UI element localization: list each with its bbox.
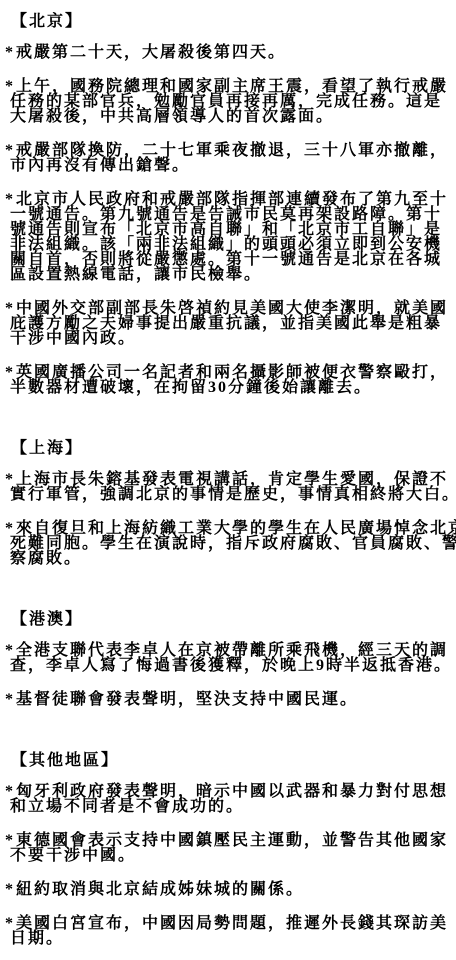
item-line: 干涉中國內政。 bbox=[0, 331, 456, 346]
item-line: 非法組織。該「兩非法組織」的頭頭必須立即到公安機 bbox=[0, 237, 456, 252]
item-first-line: *上午，國務院總理和國家副主席王震，看望了執行戒嚴 bbox=[0, 79, 456, 94]
item-line: 市內再沒有傳出鎗聲。 bbox=[0, 158, 456, 173]
bullet-marker: * bbox=[5, 784, 16, 799]
item-line: 查，李卓人寫了悔過書後獲釋，於晚上9時半返抵香港。 bbox=[0, 658, 456, 673]
section-header: 【港澳】 bbox=[11, 612, 456, 627]
news-item: *戒嚴部隊換防，二十七軍乘夜撤退，三十八軍亦撤離，市內再沒有傳出鎗聲。 bbox=[0, 143, 456, 173]
item-first-line: *北京市人民政府和戒嚴部隊指揮部連續發布了第九至十 bbox=[0, 192, 456, 207]
bullet-marker: * bbox=[5, 143, 16, 158]
bullet-marker: * bbox=[5, 882, 16, 897]
bullet-marker: * bbox=[5, 301, 16, 316]
bullet-marker: * bbox=[5, 365, 16, 380]
item-first-line: *東德國會表示支持中國鎮壓民主運動，並警告其他國家 bbox=[0, 833, 456, 848]
item-first-line: *英國廣播公司一名記者和兩名攝影師被便衣警察毆打， bbox=[0, 365, 456, 380]
item-text: 基督徒聯會發表聲明，堅決支持中國民運。 bbox=[16, 691, 358, 708]
item-line: 半數器材遭破壞，在拘留30分鐘後始讓離去。 bbox=[0, 380, 456, 395]
item-first-line: *基督徒聯會發表聲明，堅決支持中國民運。 bbox=[0, 692, 456, 707]
bullet-marker: * bbox=[5, 833, 16, 848]
section-header: 【其他地區】 bbox=[11, 753, 456, 768]
item-first-line: *戒嚴第二十天，大屠殺後第四天。 bbox=[0, 45, 456, 60]
news-item: *基督徒聯會發表聲明，堅決支持中國民運。 bbox=[0, 692, 456, 707]
news-item: *美國白宮宣布，中國因局勢問題，推遲外長錢其琛訪美日期。 bbox=[0, 916, 456, 946]
news-section: 【上海】*上海市長朱鎔基發表電視講話，肯定學生愛國，保證不實行軍管，強調北京的事… bbox=[0, 441, 456, 566]
item-first-line: *美國白宮宣布，中國因局勢問題，推遲外長錢其琛訪美 bbox=[0, 916, 456, 931]
item-line: 區設置熱線電話，讓市民檢舉。 bbox=[0, 267, 456, 282]
bullet-marker: * bbox=[5, 521, 16, 536]
item-first-line: *上海市長朱鎔基發表電視講話，肯定學生愛國，保證不 bbox=[0, 472, 456, 487]
news-item: *來自復旦和上海紡織工業大學的學生在人民廣場悼念北京死難同胞。學生在演說時，指斥… bbox=[0, 521, 456, 566]
bullet-marker: * bbox=[5, 692, 16, 707]
news-item: *中國外交部副部長朱啓禎約見美國大使李潔明，就美國庇護方勵之夫婦事提出嚴重抗議，… bbox=[0, 301, 456, 346]
item-line: 實行軍管，強調北京的事情是歷史，事情真相終將大白。 bbox=[0, 487, 456, 502]
item-line: 死難同胞。學生在演說時，指斥政府腐敗、官員腐敗、警 bbox=[0, 536, 456, 551]
item-text: 紐約取消與北京結成姊妹城的關係。 bbox=[16, 881, 304, 898]
item-first-line: *戒嚴部隊換防，二十七軍乘夜撤退，三十八軍亦撤離， bbox=[0, 143, 456, 158]
bullet-marker: * bbox=[5, 79, 16, 94]
item-line: 庇護方勵之夫婦事提出嚴重抗議，並指美國此舉是粗暴 bbox=[0, 316, 456, 331]
item-line: 號通告則宣布「北京市高自聯」和「北京市工自聯」是 bbox=[0, 222, 456, 237]
bullet-marker: * bbox=[5, 916, 16, 931]
item-first-line: *匈牙利政府發表聲明，暗示中國以武器和暴力對付思想 bbox=[0, 784, 456, 799]
news-section: 【北京】*戒嚴第二十天，大屠殺後第四天。*上午，國務院總理和國家副主席王震，看望… bbox=[0, 14, 456, 395]
item-line: 和立場不同者是不會成功的。 bbox=[0, 799, 456, 814]
item-line: 一號通告。第九號通告是告誡市民莫再架設路障。第十 bbox=[0, 207, 456, 222]
item-line: 不要干涉中國。 bbox=[0, 848, 456, 863]
item-line: 任務的某部官兵，勉勵官員再接再厲，完成任務。這是 bbox=[0, 94, 456, 109]
section-header: 【上海】 bbox=[11, 441, 456, 456]
bullet-marker: * bbox=[5, 643, 16, 658]
news-item: *英國廣播公司一名記者和兩名攝影師被便衣警察毆打，半數器材遭破壞，在拘留30分鐘… bbox=[0, 365, 456, 395]
news-item: *戒嚴第二十天，大屠殺後第四天。 bbox=[0, 45, 456, 60]
item-line: 察腐敗。 bbox=[0, 551, 456, 566]
news-section: 【其他地區】*匈牙利政府發表聲明，暗示中國以武器和暴力對付思想和立場不同者是不會… bbox=[0, 753, 456, 946]
bullet-marker: * bbox=[5, 45, 16, 60]
newsletter-page: 【北京】*戒嚴第二十天，大屠殺後第四天。*上午，國務院總理和國家副主席王震，看望… bbox=[0, 0, 456, 946]
news-item: *匈牙利政府發表聲明，暗示中國以武器和暴力對付思想和立場不同者是不會成功的。 bbox=[0, 784, 456, 814]
item-line: 大屠殺後，中共高層領導人的首次露面。 bbox=[0, 109, 456, 124]
item-line: 日期。 bbox=[0, 931, 456, 946]
news-item: *東德國會表示支持中國鎮壓民主運動，並警告其他國家不要干涉中國。 bbox=[0, 833, 456, 863]
news-section: 【港澳】*全港支聯代表李卓人在京被帶離所乘飛機，經三天的調查，李卓人寫了悔過書後… bbox=[0, 612, 456, 707]
section-header: 【北京】 bbox=[11, 14, 456, 29]
news-item: *紐約取消與北京結成姊妹城的關係。 bbox=[0, 882, 456, 897]
news-item: *上海市長朱鎔基發表電視講話，肯定學生愛國，保證不實行軍管，強調北京的事情是歷史… bbox=[0, 472, 456, 502]
bullet-marker: * bbox=[5, 472, 16, 487]
news-item: *上午，國務院總理和國家副主席王震，看望了執行戒嚴任務的某部官兵，勉勵官員再接再… bbox=[0, 79, 456, 124]
item-first-line: *全港支聯代表李卓人在京被帶離所乘飛機，經三天的調 bbox=[0, 643, 456, 658]
item-first-line: *來自復旦和上海紡織工業大學的學生在人民廣場悼念北京 bbox=[0, 521, 456, 536]
item-text: 戒嚴第二十天，大屠殺後第四天。 bbox=[16, 44, 286, 61]
bullet-marker: * bbox=[5, 192, 16, 207]
item-first-line: *紐約取消與北京結成姊妹城的關係。 bbox=[0, 882, 456, 897]
item-line: 關自首，否則將從嚴懲處。第十一號通告是北京在各城 bbox=[0, 252, 456, 267]
item-first-line: *中國外交部副部長朱啓禎約見美國大使李潔明，就美國 bbox=[0, 301, 456, 316]
item-text: 美國白宮宣布，中國因局勢問題，推遲外長錢其琛訪美 bbox=[16, 915, 448, 932]
news-item: *北京市人民政府和戒嚴部隊指揮部連續發布了第九至十一號通告。第九號通告是告誡市民… bbox=[0, 192, 456, 282]
news-item: *全港支聯代表李卓人在京被帶離所乘飛機，經三天的調查，李卓人寫了悔過書後獲釋，於… bbox=[0, 643, 456, 673]
